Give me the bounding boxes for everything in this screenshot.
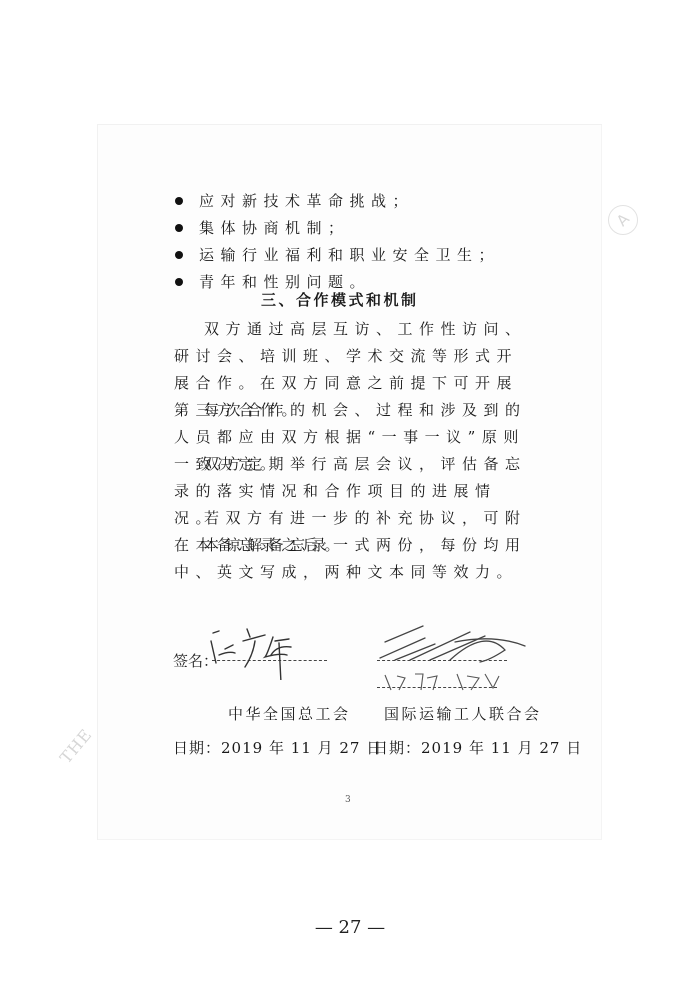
bullet-dot-icon [175, 251, 183, 259]
section-heading: 三、合作模式和机制 [261, 289, 419, 310]
bullet-text: 集体协商机制； [199, 217, 350, 238]
watermark-circle-a: A [602, 199, 644, 241]
bullet-text: 运输行业福利和职业安全卫生； [199, 244, 500, 265]
list-item: 应对新技术革命挑战； [199, 190, 414, 211]
inner-page-number: 3 [345, 795, 351, 805]
list-item: 运输行业福利和职业安全卫生； [199, 244, 500, 265]
paragraph: 本谅解备忘录一式两份，每份均用中、英文写成，两种文本同等效力。 [174, 532, 534, 586]
bullet-dot-icon [175, 278, 183, 286]
list-item: 集体协商机制； [199, 217, 350, 238]
bullet-text: 应对新技术革命挑战； [199, 190, 414, 211]
signature-left-icon [205, 615, 325, 680]
bullet-dot-icon [175, 197, 183, 205]
bullet-dot-icon [175, 224, 183, 232]
left-date: 日期：2019 年 11 月 27 日 [173, 737, 382, 758]
right-date: 日期：2019 年 11 月 27 日 [373, 737, 582, 758]
page-number: — 27 — [0, 917, 700, 938]
watermark-the: THE [56, 725, 96, 767]
signature-right-icon [375, 620, 535, 695]
left-organization: 中华全国总工会 [228, 703, 351, 724]
right-organization: 国际运输工人联合会 [384, 703, 542, 724]
